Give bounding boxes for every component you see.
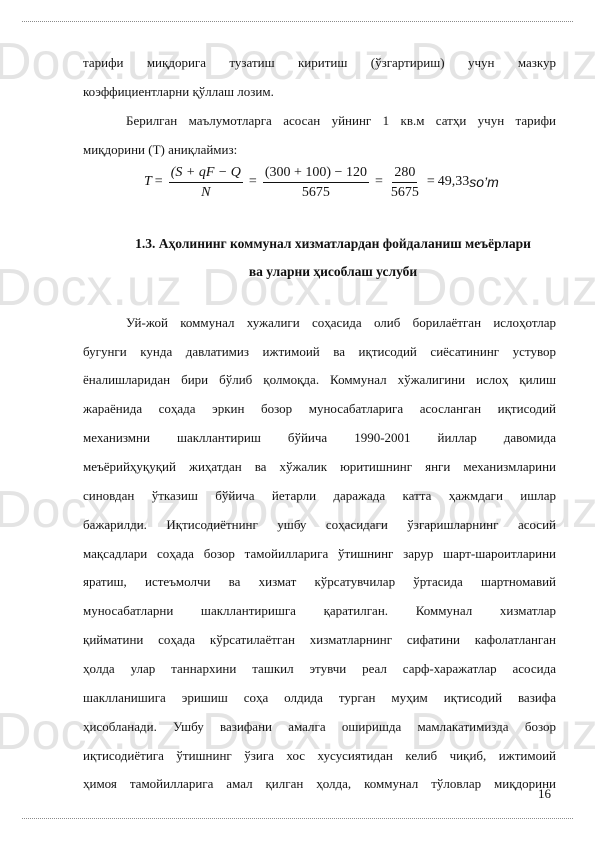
paragraph-line: синовдан ўтказиш бўйича йетарли даражада… (83, 488, 556, 504)
paragraph-line: миқдорини (T) аниқлаймиз: (83, 142, 556, 158)
section-title: 1.3. Аҳолининг коммунал хизматлардан фой… (83, 236, 583, 252)
paragraph-line: шаклланишига эришиш соҳа олдида турган м… (83, 690, 556, 706)
paragraph-line: жараёнида соҳада эркин бозор муносабатла… (83, 401, 556, 417)
section-title: ва уларни ҳисоблаш услуби (83, 264, 583, 280)
page-number: 16 (538, 786, 551, 802)
equals-sign: = (427, 174, 435, 190)
document-page: тарифи миқдорига тузатиш киритиш (ўзгарт… (0, 0, 595, 842)
paragraph-line: Берилган маълумотларга асосан уйнинг 1 к… (126, 113, 556, 129)
paragraph-line: қийматини соҳада кўрсатилаётган хизматла… (83, 632, 556, 648)
paragraph-line: бажарилди. Иқтисодиётнинг ушбу соҳасидаг… (83, 517, 556, 533)
paragraph-line: ёналишларидан бири бўлиб қолмоқда. Комму… (83, 372, 556, 388)
paragraph-line: яратиш, истеъмолчи ва хизмат кўрсатувчил… (83, 574, 556, 590)
equals-sign: = (375, 174, 383, 190)
fraction-1: (S + qF − Q N (169, 164, 243, 201)
fraction-2: (300 + 100) − 120 5675 (263, 164, 369, 201)
tariff-formula: T = (S + qF − Q N = (300 + 100) − 120 56… (144, 162, 499, 202)
equals-sign: = (249, 174, 257, 190)
fraction-3: 280 5675 (389, 164, 421, 201)
paragraph-line: иқтисодиётига ўтишнинг ўзига хос хусусия… (83, 748, 556, 764)
formula-unit: so’m (469, 174, 499, 190)
paragraph-line: тарифи миқдорига тузатиш киритиш (ўзгарт… (83, 55, 556, 71)
paragraph-line: коэффициентларни қўллаш лозим. (83, 84, 556, 100)
given-line-text: миқдорини (T) аниқлаймиз: (83, 142, 237, 157)
paragraph-line: ҳолда улар таннархини ташкил этувчи реал… (83, 661, 556, 677)
paragraph-line: ҳимоя тамойилларига амал қилган ҳолда, к… (83, 776, 556, 792)
formula-lhs: T (144, 174, 152, 190)
paragraph-line: меъёрийҳуқуқий жиҳатдан ва хўжалик юрити… (83, 459, 556, 475)
paragraph-line: мақсадлари соҳада бозор тамойилларига ўт… (83, 546, 556, 562)
paragraph-line: муносабатларни шакллантиришга қаратилган… (83, 603, 556, 619)
paragraph-line: механизмни шакллантириш бўйича 1990-2001… (83, 430, 556, 446)
paragraph-line: бугунги кунда давлатимиз ижтимоий ва иқт… (83, 344, 556, 360)
formula-result: 49,33 (438, 174, 470, 190)
paragraph-line: Уй-жой коммунал хужалиги соҳасида олиб б… (126, 315, 556, 331)
equals-sign: = (155, 174, 163, 190)
paragraph-line: ҳисобланади. Ушбу вазифани амалга ошириш… (83, 719, 556, 735)
